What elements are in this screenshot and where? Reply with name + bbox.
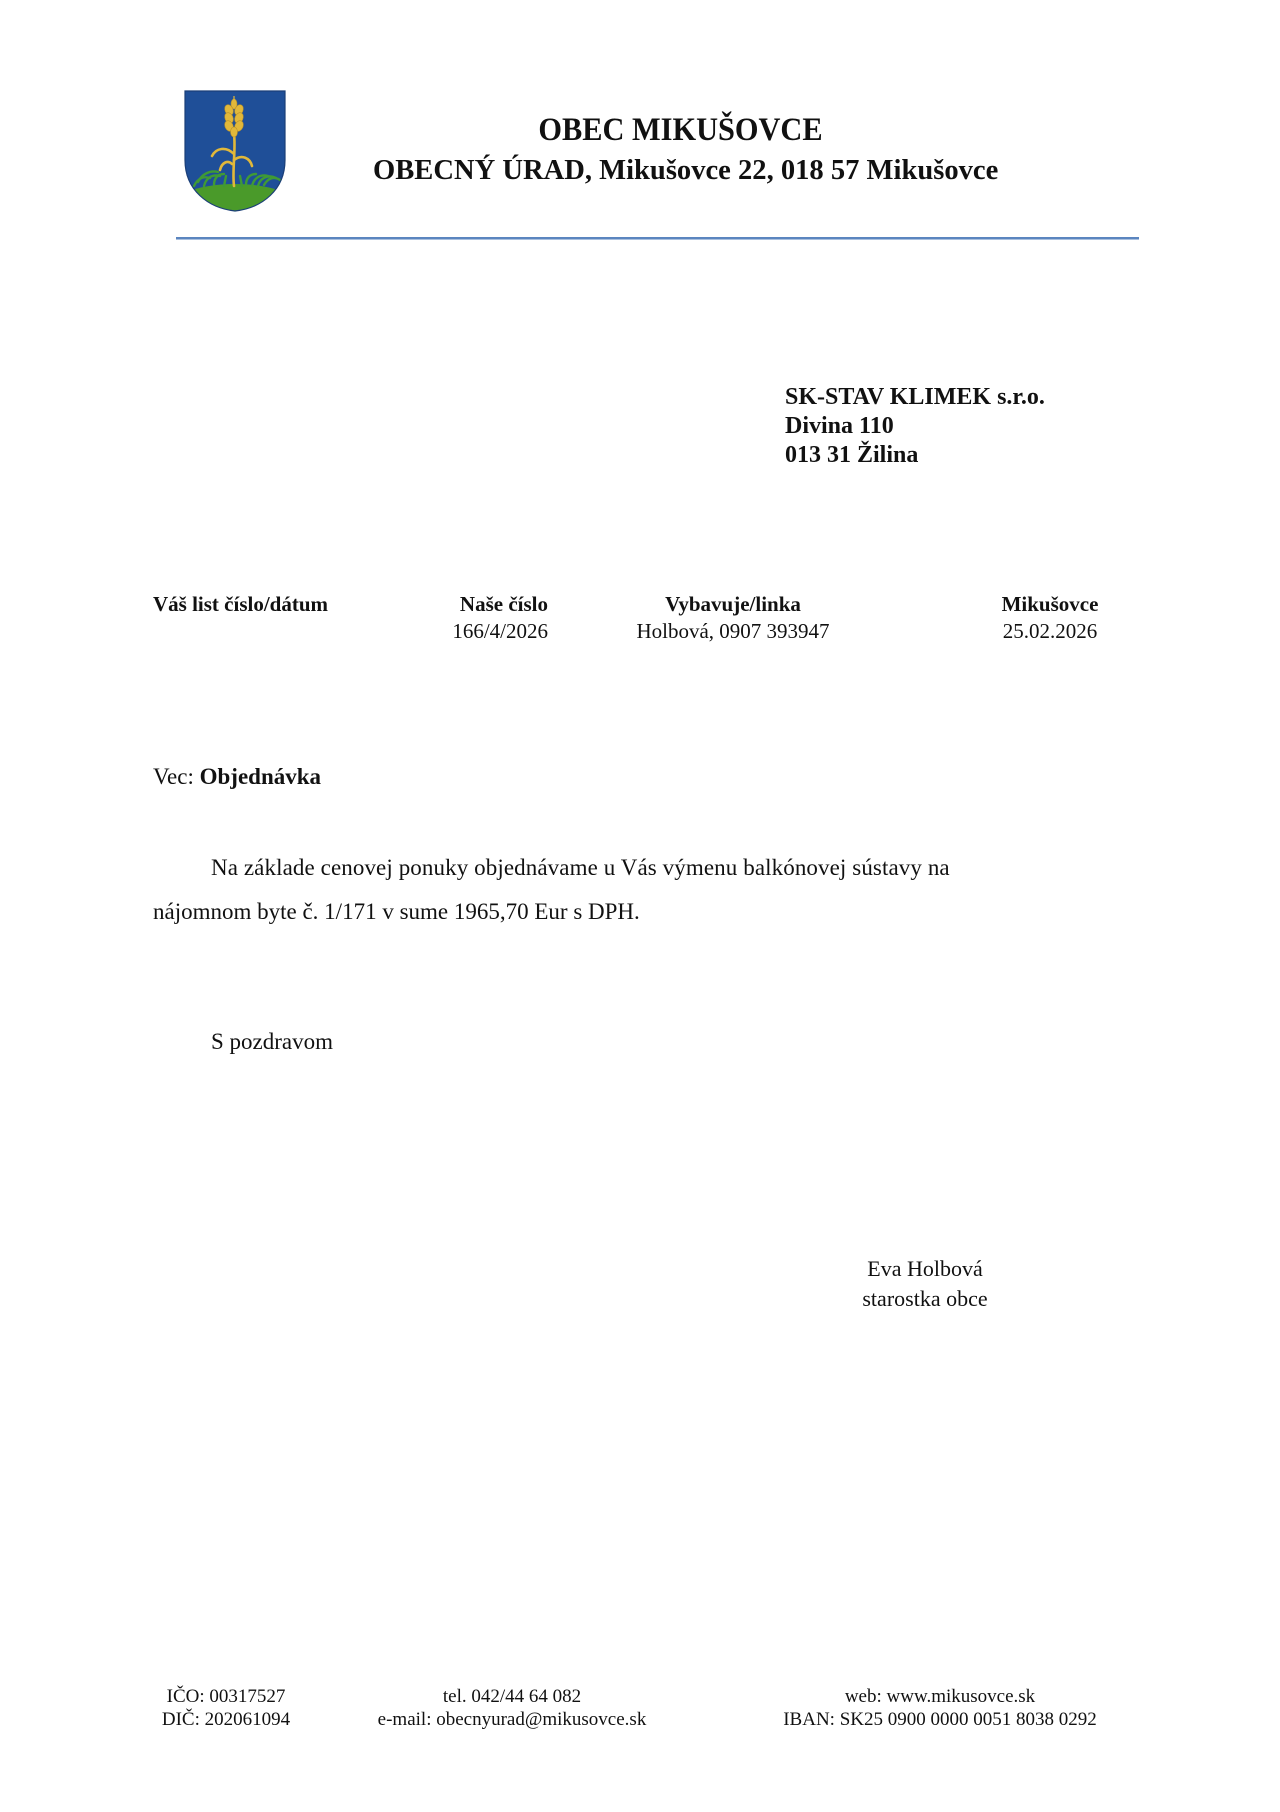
our-number-label: Naše číslo	[420, 592, 548, 617]
footer-ico: IČO: 00317527	[126, 1686, 326, 1708]
signatory-role: starostka obce	[825, 1286, 1025, 1312]
subject-value: Objednávka	[200, 764, 321, 789]
footer-phone: tel. 042/44 64 082	[362, 1686, 662, 1708]
body-line-2: nájomnom byte č. 1/171 v sume 1965,70 Eu…	[153, 899, 640, 925]
body-line-1: Na základe cenovej ponuky objednávame u …	[211, 855, 950, 881]
signatory-name: Eva Holbová	[825, 1256, 1025, 1282]
place-label: Mikušovce	[990, 592, 1110, 617]
footer-web: web: www.mikusovce.sk	[760, 1686, 1120, 1708]
footer-iban: IBAN: SK25 0900 0000 0051 8038 0292	[760, 1709, 1120, 1731]
subject-line: Vec: Objednávka	[153, 764, 321, 790]
footer-email: e-mail: obecnyurad@mikusovce.sk	[362, 1709, 662, 1731]
recipient-city: 013 31 Žilina	[785, 442, 918, 469]
coat-of-arms-icon	[184, 90, 286, 212]
header-divider	[176, 237, 1139, 239]
your-letter-label: Váš list číslo/dátum	[153, 592, 328, 617]
handled-by-label: Vybavuje/linka	[613, 592, 853, 617]
recipient-street: Divina 110	[785, 413, 894, 440]
footer-dic: DIČ: 202061094	[126, 1709, 326, 1731]
municipality-title: OBEC MIKUŠOVCE	[0, 112, 1280, 149]
our-number-value: 166/4/2026	[420, 619, 548, 644]
closing: S pozdravom	[211, 1029, 333, 1055]
recipient-name: SK-STAV KLIMEK s.r.o.	[785, 384, 1045, 411]
letter-date: 25.02.2026	[990, 619, 1110, 644]
handled-by-value: Holbová, 0907 393947	[613, 619, 853, 644]
subject-label: Vec:	[153, 764, 194, 789]
office-address: OBECNÝ ÚRAD, Mikušovce 22, 018 57 Mikušo…	[373, 154, 998, 187]
